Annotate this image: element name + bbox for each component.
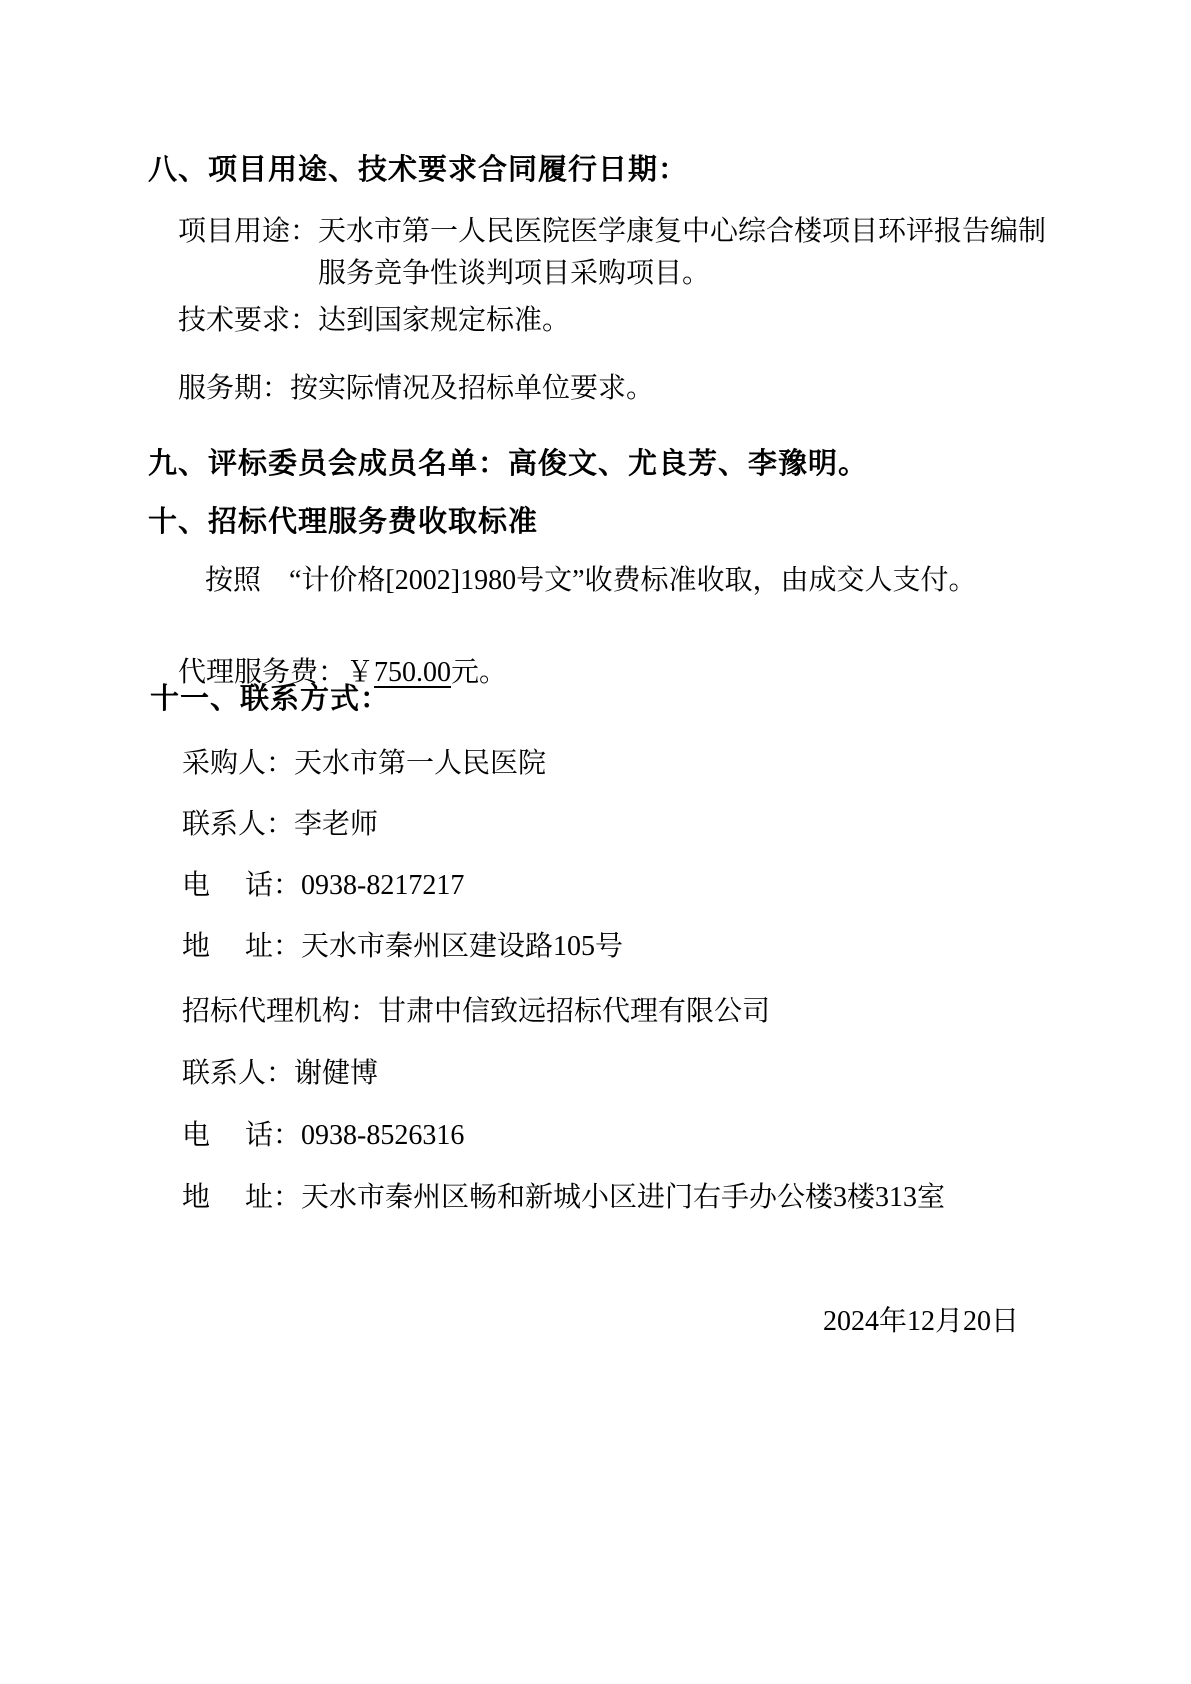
document-page: 八、项目用途、技术要求合同履行日期： 项目用途：天水市第一人民医院医学康复中心综… [0,0,1191,1684]
purchaser-address-line: 地 址：天水市秦州区建设路105号 [182,930,623,964]
agency-address-line: 地 址：天水市秦州区畅和新城小区进门右手办公楼3楼313室 [182,1181,945,1215]
fee-basis-line: 按照 “计价格[2002]1980号文”收费标准收取，由成交人支付。 [205,564,977,598]
agency-phone-line: 电 话：0938-8526316 [182,1119,464,1153]
tech-requirement-line: 技术要求：达到国家规定标准。 [178,304,570,338]
section-8-heading: 八、项目用途、技术要求合同履行日期： [148,153,688,187]
agency-organization-line: 招标代理机构：甘肃中信致远招标代理有限公司 [182,995,770,1029]
project-use-line-2: 服务竞争性谈判项目采购项目。 [318,257,710,291]
purchaser-phone-line: 电 话：0938-8217217 [182,869,464,903]
section-10-heading: 十、招标代理服务费收取标准 [148,505,538,539]
purchaser-contact-line: 联系人：李老师 [182,808,378,842]
service-period-line: 服务期：按实际情况及招标单位要求。 [178,372,654,406]
section-9-heading: 九、评标委员会成员名单：高俊文、尤良芳、李豫明。 [148,447,868,481]
section-11-heading: 十一、联系方式： [150,682,390,716]
document-date: 2024年12月20日 [823,1305,1019,1339]
purchaser-line: 采购人：天水市第一人民医院 [182,747,546,781]
agency-fee-suffix: 元。 [451,657,507,688]
project-use-line-1: 项目用途：天水市第一人民医院医学康复中心综合楼项目环评报告编制 [178,215,1046,249]
agency-contact-line: 联系人：谢健博 [182,1057,378,1091]
